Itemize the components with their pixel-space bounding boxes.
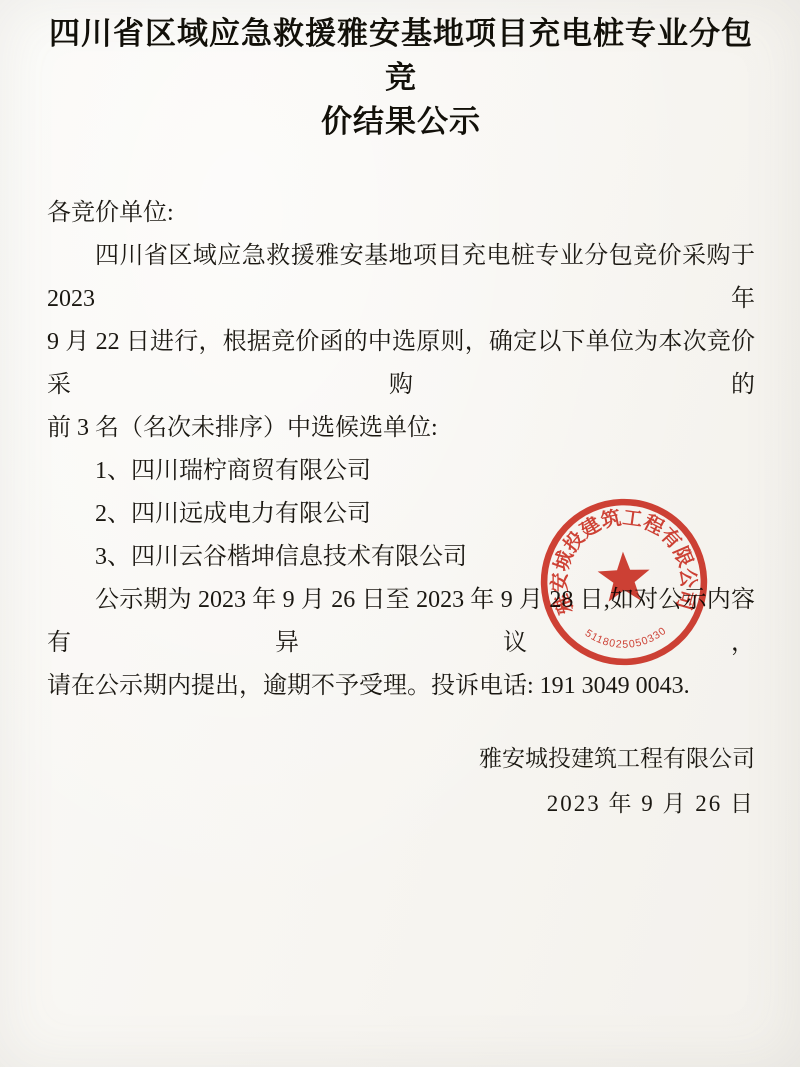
seal-serial-number: 5118025050330 [582,624,669,652]
page-title: 四川省区域应急救援雅安基地项目充电桩专业分包竞 价结果公示 [47,12,755,144]
signature-company: 雅安城投建筑工程有限公司 [47,736,755,781]
announcement-document: 四川省区域应急救援雅安基地项目充电桩专业分包竞 价结果公示 各竞价单位: 四川省… [0,0,800,1067]
paragraph1-line1: 四川省区域应急救援雅安基地项目充电桩专业分包竞价采购于 2023 年 [47,235,755,321]
paragraph1-line3: 前 3 名（名次未排序）中选候选单位: [47,407,755,450]
seal-star-icon [597,551,651,602]
official-seal: 雅安城投建筑工程有限公司 5118025050330 [532,490,716,674]
title-line-2: 价结果公示 [47,100,755,144]
signature-block: 雅安城投建筑工程有限公司 2023 年 9 月 26 日 [47,736,755,826]
salutation: 各竞价单位: [47,192,755,235]
winner-item-1: 1、四川瑞柠商贸有限公司 [47,450,755,493]
paragraph1-line2: 9 月 22 日进行，根据竞价函的中选原则，确定以下单位为本次竞价采购的 [47,321,755,407]
title-line-1: 四川省区域应急救援雅安基地项目充电桩专业分包竞 [47,12,755,100]
signature-date: 2023 年 9 月 26 日 [47,781,755,826]
paragraph2-line2: 请在公示期内提出，逾期不予受理。投诉电话: 191 3049 0043. [47,665,755,708]
